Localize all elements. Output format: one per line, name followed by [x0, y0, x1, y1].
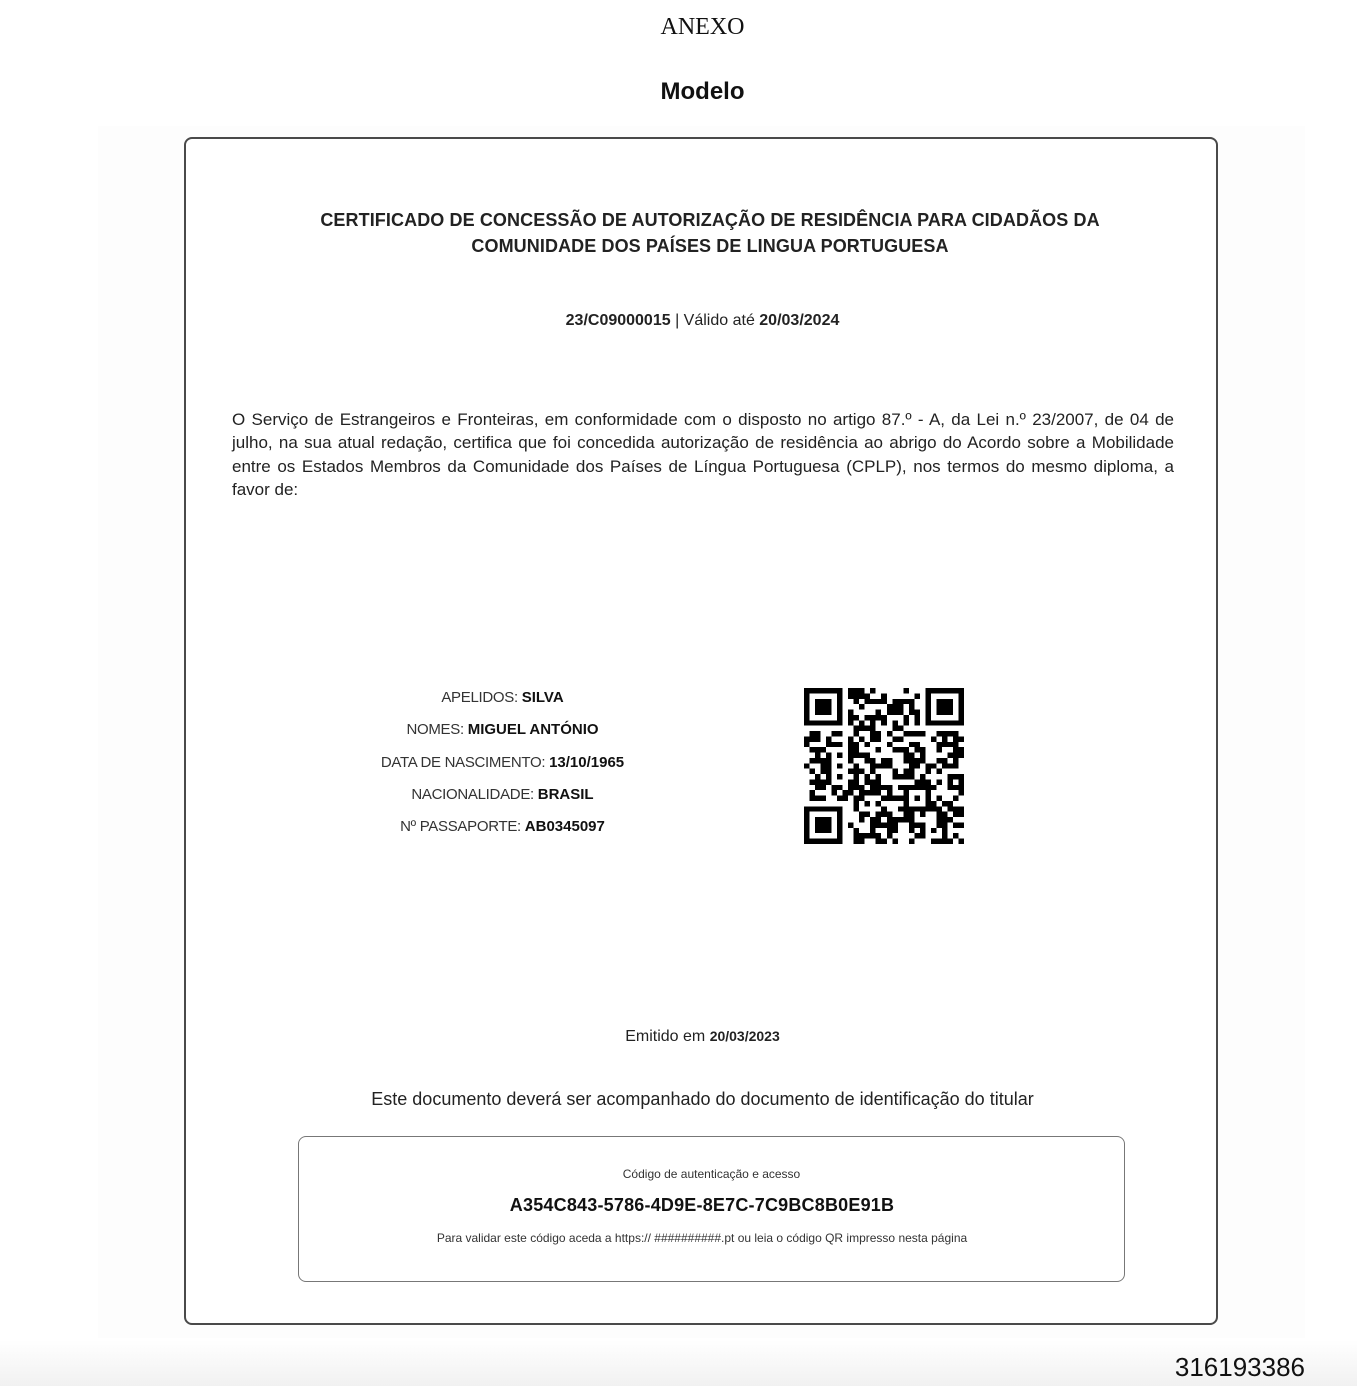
issued-line: Emitido em 20/03/2023: [250, 1028, 1155, 1046]
certificate-body-text: O Serviço de Estrangeiros e Fronteiras, …: [232, 408, 1174, 501]
annex-title: ANEXO: [0, 14, 1357, 41]
authentication-label: Código de autenticação e acesso: [298, 1167, 1125, 1181]
certificate-title-line-2: COMUNIDADE DOS PAÍSES DE LINGUA PORTUGUE…: [250, 233, 1170, 259]
authentication-hint: Para validar este código aceda a https:/…: [298, 1231, 1106, 1245]
field-label: NOMES:: [406, 721, 467, 738]
field-value: 13/10/1965: [549, 754, 624, 771]
issued-label: Emitido em: [625, 1028, 709, 1045]
issued-date: 20/03/2023: [710, 1028, 780, 1044]
authentication-code: A354C843-5786-4D9E-8E7C-7C9BC8B0E91B: [298, 1195, 1106, 1216]
field-value: MIGUEL ANTÓNIO: [468, 721, 599, 738]
qr-code-icon[interactable]: [804, 688, 964, 844]
certificate-number: 23/C09000015: [566, 312, 671, 329]
certificate-title-line-1: CERTIFICADO DE CONCESSÃO DE AUTORIZAÇÃO …: [250, 207, 1170, 233]
identification-notice: Este documento deverá ser acompanhado do…: [250, 1089, 1155, 1110]
field-value: SILVA: [522, 689, 564, 706]
field-birth-date: DATA DE NASCIMENTO: 13/10/1965: [330, 751, 675, 783]
valid-until-date: 20/03/2024: [759, 312, 839, 329]
model-title: Modelo: [0, 78, 1357, 106]
field-value: AB0345097: [525, 818, 605, 835]
field-passport-number: Nº PASSAPORTE: AB0345097: [330, 815, 675, 847]
field-value: BRASIL: [538, 786, 594, 803]
certificate-title: CERTIFICADO DE CONCESSÃO DE AUTORIZAÇÃO …: [250, 207, 1170, 259]
field-label: NACIONALIDADE:: [411, 786, 537, 803]
field-nationality: NACIONALIDADE: BRASIL: [330, 783, 675, 815]
page-number: 316193386: [1175, 1352, 1305, 1383]
validity-label: | Válido até: [671, 312, 760, 329]
field-given-names: NOMES: MIGUEL ANTÓNIO: [330, 718, 675, 750]
field-label: Nº PASSAPORTE:: [400, 818, 525, 835]
bottom-bar: [0, 1340, 1357, 1386]
field-surname: APELIDOS: SILVA: [330, 686, 675, 718]
certificate-number-line: 23/C09000015 | Válido até 20/03/2024: [250, 312, 1155, 330]
field-label: APELIDOS:: [441, 689, 521, 706]
field-label: DATA DE NASCIMENTO:: [381, 754, 549, 771]
holder-details: APELIDOS: SILVA NOMES: MIGUEL ANTÓNIO DA…: [330, 686, 675, 847]
